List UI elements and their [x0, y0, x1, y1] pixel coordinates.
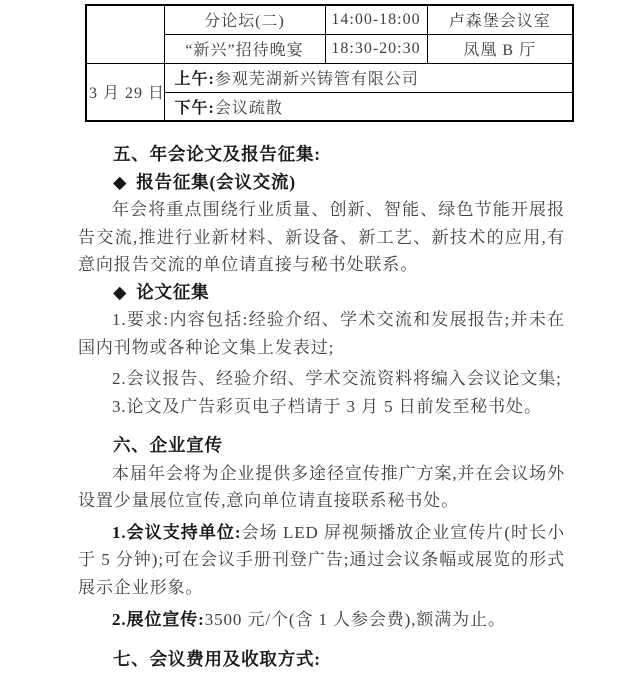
paper-compilation-item: 2.会议报告、经验介绍、学术交流资料将编入会议论文集; — [78, 365, 565, 393]
booth-publicity-label: 2.展位宣传: — [112, 610, 205, 629]
report-collection-paragraph: 年会将重点围绕行业质量、创新、智能、绿色节能开展报告交流,推进行业新材料、新设备… — [78, 196, 565, 279]
venue-cell: 卢森堡会议室 — [427, 5, 573, 34]
section5-heading: 五、年会论文及报告征集: — [78, 141, 565, 169]
morning-text: 参观芜湖新兴铸管有限公司 — [215, 71, 419, 88]
section7-heading: 七、会议费用及收取方式: — [78, 646, 565, 674]
time-cell: 18:30-20:30 — [325, 34, 427, 63]
booth-publicity-item: 2.展位宣传:3500 元/个(含 1 人参会费),额满为止。 — [78, 606, 565, 634]
table-row: 分论坛(二) 14:00-18:00 卢森堡会议室 — [86, 5, 573, 34]
document-page: 分论坛(二) 14:00-18:00 卢森堡会议室 “新兴”招待晚宴 18:30… — [0, 0, 643, 680]
publicity-paragraph: 本届年会将为企业提供多途径宣传推广方案,并在会议场外设置少量展位宣传,意向单位请… — [78, 460, 565, 515]
support-unit-item: 1.会议支持单位:会场 LED 屏视频播放企业宣传片(时长小于 5 分钟);可在… — [78, 519, 565, 602]
paper-requirement-item: 1.要求:内容包括:经验介绍、学术交流和发展报告;并未在国内刊物或各种论文集上发… — [78, 306, 565, 361]
support-unit-label: 1.会议支持单位: — [112, 523, 241, 542]
schedule-table: 分论坛(二) 14:00-18:00 卢森堡会议室 “新兴”招待晚宴 18:30… — [85, 4, 574, 122]
event-cell: “新兴”招待晚宴 — [164, 34, 325, 63]
venue-cell: 凤凰 B 厅 — [427, 34, 573, 63]
diamond-bullet-icon: ◆ — [113, 282, 127, 302]
afternoon-activity-cell: 下午:会议疏散 — [164, 92, 573, 121]
paper-collection-heading: ◆论文征集 — [78, 279, 565, 307]
booth-publicity-text: 3500 元/个(含 1 人参会费),额满为止。 — [205, 610, 506, 629]
time-cell: 14:00-18:00 — [325, 5, 427, 34]
table-row: 3 月 29 日 上午:参观芜湖新兴铸管有限公司 — [86, 63, 573, 92]
afternoon-label: 下午: — [175, 100, 215, 117]
section6-heading: 六、企业宣传 — [78, 432, 565, 460]
diamond-bullet-icon: ◆ — [113, 172, 127, 192]
date-cell-empty — [86, 5, 164, 63]
afternoon-text: 会议疏散 — [215, 100, 283, 117]
date-cell: 3 月 29 日 — [86, 63, 164, 121]
event-cell: 分论坛(二) — [164, 5, 325, 34]
morning-activity-cell: 上午:参观芜湖新兴铸管有限公司 — [164, 63, 573, 92]
report-collection-heading: ◆报告征集(会议交流) — [78, 169, 565, 197]
morning-label: 上午: — [175, 71, 215, 88]
paper-deadline-item: 3.论文及广告彩页电子档请于 3 月 5 日前发至秘书处。 — [78, 393, 565, 421]
report-collection-heading-label: 报告征集(会议交流) — [136, 172, 296, 192]
paper-collection-heading-label: 论文征集 — [136, 282, 209, 302]
